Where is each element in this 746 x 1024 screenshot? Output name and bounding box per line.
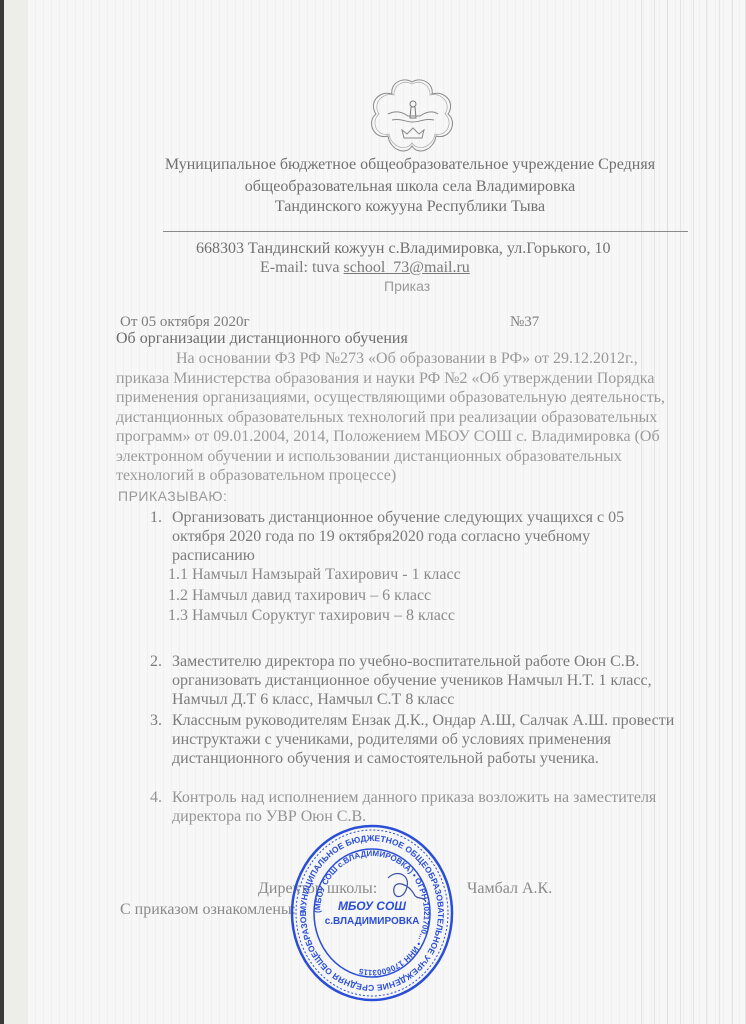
item-text: Организовать дистанционное обучение след… [172, 509, 624, 564]
student-entry: 1.2 Намчыл давид тахирович – 6 класс [168, 587, 431, 605]
org-address: 668303 Тандинский кожуун с.Владимировка,… [196, 240, 610, 258]
item-text: Классным руководителям Ензак Д.К., Ондар… [172, 712, 674, 767]
order-number: №37 [510, 314, 539, 331]
item-number: 3. [150, 711, 162, 730]
header-divider [163, 231, 688, 232]
org-name-line-3: Тандинского кожууна Республики Тыва [130, 198, 690, 216]
student-entry: 1.1 Намчыл Намзырай Тахирович - 1 класс [168, 566, 461, 584]
acknowledgement-label: С приказом ознакомлены: [120, 901, 296, 919]
order-item-1: 1. Организовать дистанционное обучение с… [172, 508, 672, 565]
org-email: E-mail: tuva school_73@mail.ru [260, 259, 470, 277]
item-number: 4. [150, 788, 162, 807]
director-name: Чамбал А.К. [467, 880, 552, 898]
order-item-3: 3. Классным руководителям Ензак Д.К., Он… [172, 711, 692, 768]
org-name-line-1: Муниципальное бюджетное общеобразователь… [130, 156, 690, 174]
order-date: От 05 октября 2020г [120, 314, 250, 331]
order-preamble: На основании ФЗ РФ №273 «Об образовании … [116, 349, 686, 486]
email-label: E-mail: tuva [260, 259, 344, 276]
svg-text:с.ВЛАДИМИРОВКА: с.ВЛАДИМИРОВКА [325, 916, 420, 927]
order-subject: Об организации дистанционного обучения [116, 330, 408, 348]
item-number: 2. [150, 652, 162, 671]
tuva-emblem-icon [368, 78, 456, 156]
org-name-line-2: общеобразовательная школа села Владимиро… [130, 178, 690, 196]
student-entry: 1.3 Намчыл Соруктуг тахирович – 8 класс [168, 607, 455, 625]
item-text: Заместителю директора по учебно-воспитат… [172, 653, 652, 708]
command-word: ПРИКАЗЫВАЮ: [118, 488, 227, 504]
school-seal-icon: МУНИЦИПАЛЬНОЕ БЮДЖЕТНОЕ ОБЩЕОБРАЗОВАТЕЛЬ… [288, 818, 456, 1008]
svg-text:МБОУ СОШ: МБОУ СОШ [338, 899, 406, 913]
scan-margin [4, 0, 28, 1024]
order-item-2: 2. Заместителю директора по учебно-воспи… [172, 652, 692, 709]
item-number: 1. [150, 508, 162, 527]
document-title: Приказ [384, 278, 430, 294]
email-link[interactable]: school_73@mail.ru [344, 259, 470, 276]
